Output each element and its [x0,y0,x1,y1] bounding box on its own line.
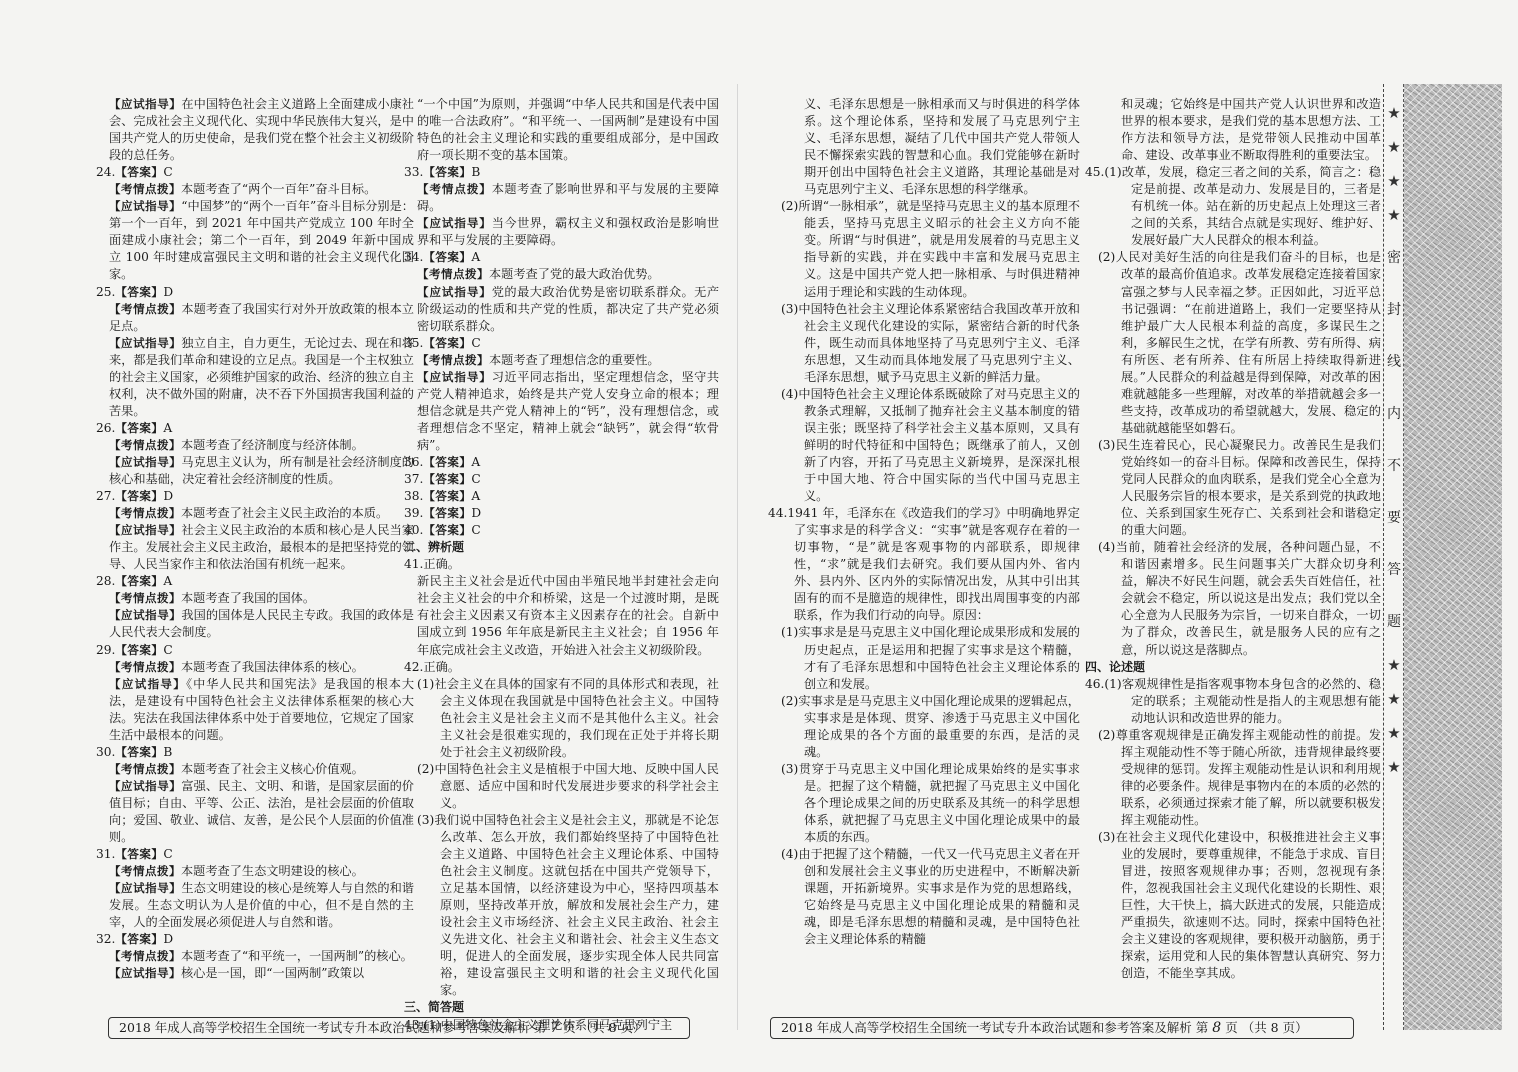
question-number: 40. [404,523,423,537]
explanation-tag: 【应试指导】 [109,966,181,980]
question-number: 44. [768,506,787,520]
explanation-text: 本题考查了社会主义民主政治的本质。 [181,506,388,520]
answer-line: 32.【答案】D [96,931,414,948]
explanation-paragraph: 【考情点拨】本题考查了影响世界和平与发展的主要障碍。 [404,181,719,215]
answer-tag: 【答案】 [423,472,471,486]
continued-paragraph: 新民主主义社会是近代中国由半殖民地半封建社会走向社会主义社会的中介和桥梁，这是一… [404,573,719,658]
point-text: 客观规律性是指客观事物本身包含的必然的、稳定的联系；主观能动性是指人的主观思想有… [1122,677,1381,725]
paragraph-text: 和灵魂；它始终是中国共产党人认识世界和改造世界的根本要求，是我们党的基本思想方法… [1121,97,1381,162]
answer-value: C [163,847,172,861]
explanation-paragraph: 【应试指导】“中国梦”的“两个一百年”奋斗目标分别是：第一个一百年，到 2021… [96,198,414,283]
footer-page-number: 8 [1212,1020,1221,1036]
answer-text: 1941 年，毛泽东在《改造我们的学习》中明确地界定了实事求是的科学含义：“实事… [787,506,1080,622]
answer-line: 26.【答案】A [96,420,414,437]
section-title: 三、简答题 [404,1000,464,1014]
continued-paragraph: 义、毛泽东思想是一脉相承而又与时俱进的科学体系。这个理论体系，坚持和发展了马克思… [768,96,1080,198]
explanation-tag: 【考情点拨】 [109,949,181,963]
explanation-text: 本题考查了“两个一百年”奋斗目标。 [181,182,376,196]
answer-tag: 【答案】 [115,421,163,435]
explanation-paragraph: 【考情点拨】本题考查了我国实行对外开放政策的根本立足点。 [96,301,414,335]
star-icon: ★ [1387,648,1400,682]
explanation-tag: 【考情点拨】 [109,591,181,605]
explanation-paragraph: 【应试指导】社会主义民主政治的本质和核心是人民当家作主。发展社会主义民主政治，最… [96,522,414,573]
answer-line: 37.【答案】C [404,471,719,488]
explanation-tag: 【应试指导】 [417,370,492,384]
footer-total-pages: （共 8 页） [580,1020,646,1035]
question-answer: 41.正确。 [404,556,719,573]
question-number: 35. [404,336,423,350]
answer-line: 24.【答案】C [96,164,414,181]
explanation-tag: 【应试指导】 [109,336,181,350]
paragraph-text: 新民主主义社会是近代中国由半殖民地半封建社会走向社会主义社会的中介和桥梁，这是一… [417,574,719,656]
star-icon: ★ [1387,750,1400,784]
explanation-paragraph: 【应试指导】当今世界，霸权主义和强权政治是影响世界和平与发展的主要障碍。 [404,215,719,249]
page7-column-1: 【应试指导】在中国特色社会主义道路上全面建成小康社会、完成社会主义现代化、实现中… [96,96,414,982]
page8-footer: 2018 年成人高等学校招生全国统一考试专升本政治试题和参考答案及解析 第 8 … [770,1017,1354,1039]
explanation-tag: 【应试指导】 [417,216,492,230]
explanation-text: 本题考查了“和平统一，一国两制”的核心。 [181,949,413,963]
footer-page-suffix: 页 [563,1020,576,1035]
explanation-paragraph: 【考情点拨】本题考查了我国法律体系的核心。 [96,659,414,676]
explanation-tag: 【应试指导】 [417,285,492,299]
point-text: 贯穿于马克思主义中国化理论成果始终的是实事求是。把握了这个精髓，就把握了马克思主… [798,762,1080,844]
explanation-text: 核心是一国，即“一国两制”政策以 [181,966,364,980]
question-number: 46.(1) [1085,677,1122,691]
star-icon: ★ [1387,682,1400,716]
answer-point: (3)中国特色社会主义理论体系紧密结合我国改革开放和社会主义现代化建设的实际，紧… [768,301,1080,386]
explanation-tag: 【考情点拨】 [109,438,181,452]
answer-line: 35.【答案】C [404,335,719,352]
answer-value: B [471,165,480,179]
footer-title: 2018 年成人高等学校招生全国统一考试专升本政治试题和参考答案及解析 [119,1020,530,1035]
answer-tag: 【答案】 [115,847,163,861]
point-text: 人民对美好生活的向往是我们奋斗的目标，也是改革的最高价值追求。改革发展稳定连接着… [1115,250,1381,434]
page7-footer: 2018 年成人高等学校招生全国统一考试专升本政治试题和参考答案及解析 第 7 … [108,1017,690,1039]
point-text: 民生连着民心，民心凝聚民力。改善民生是我们党始终如一的奋斗目标。保障和改善民生，… [1115,438,1381,537]
star-icon: ★ [1387,130,1400,164]
answer-line: 39.【答案】D [404,505,719,522]
point-text: 由于把握了这个精髓，一代又一代马克思主义者在开创和发展社会主义事业的历史进程中，… [798,847,1080,946]
seal-warning-strip: ★ ★ ★ ★ 密 封 线 内 不 要 答 题 ★ ★ ★ ★ [1385,96,1403,784]
explanation-paragraph: 【应试指导】生态文明建设的核心是统筹人与自然的和谐发展。生态文明认为人是价值的中… [96,880,414,931]
question-number: 28. [96,574,115,588]
answer-text: 正确。 [423,557,460,571]
seal-char: 答 [1387,544,1401,596]
explanation-paragraph: 【考情点拨】本题考查了经济制度与经济体制。 [96,437,414,454]
section-title: 二、辨析题 [404,540,464,554]
point-text: 改革，发展，稳定三者之间的关系，简言之：稳定是前提、改革是动力、发展是目的，三者… [1122,165,1381,247]
page8-column-2: 和灵魂；它始终是中国共产党人认识世界和改造世界的根本要求，是我们党的基本思想方法… [1085,96,1381,982]
footer-page-suffix: 页 [1225,1020,1238,1035]
page8-column-1: 义、毛泽东思想是一脉相承而又与时俱进的科学体系。这个理论体系，坚持和发展了马克思… [768,96,1080,948]
point-text: 我们说中国特色社会主义是社会主义，那就是不论怎么改革、怎么开放，我们都始终坚持了… [434,813,719,997]
seal-char: 线 [1387,336,1401,388]
question-answer: 44.1941 年，毛泽东在《改造我们的学习》中明确地界定了实事求是的科学含义：… [768,505,1080,624]
star-icon: ★ [1387,164,1400,198]
seal-security-pattern [1404,84,1502,1030]
explanation-paragraph: 【应试指导】我国的国体是人民民主专政。我国的政体是人民代表大会制度。 [96,607,414,641]
explanation-tag: 【应试指导】 [109,608,181,622]
section-title: 四、论述题 [1085,660,1145,674]
explanation-paragraph: 【考情点拨】本题考查了我国的国体。 [96,590,414,607]
point-text: 社会主义在具体的国家有不同的具体形式和表现，社会主义体现在我国就是中国特色社会主… [434,677,719,759]
answer-value: D [471,506,481,520]
star-icon: ★ [1387,96,1400,130]
point-text: 中国特色社会主义理论体系紧密结合我国改革开放和社会主义现代化建设的实际，紧密结合… [798,302,1080,384]
point-number: (2) [781,694,798,708]
explanation-tag: 【应试指导】 [109,677,186,691]
explanation-text: 本题考查了理想信念的重要性。 [489,353,660,367]
answer-tag: 【答案】 [115,574,163,588]
answer-tag: 【答案】 [115,285,163,299]
question-answer-point: 46.(1)客观规律性是指客观事物本身包含的必然的、稳定的联系；主观能动性是指人… [1085,676,1381,727]
question-number: 24. [96,165,115,179]
answer-value: D [163,285,173,299]
answer-line: 38.【答案】A [404,488,719,505]
explanation-paragraph: 【应试指导】习近平同志指出，坚定理想信念，坚守共产党人精神追求，始终是共产党人安… [404,369,719,454]
answer-tag: 【答案】 [423,489,471,503]
question-answer: 42.正确。 [404,659,719,676]
question-number: 39. [404,506,423,520]
answer-point: (3)在社会主义现代化建设中，积极推进社会主义事业的发展时，要尊重规律，不能急于… [1085,829,1381,982]
point-text: 所谓“一脉相承”，就是坚持马克思主义的基本原理不能丢，坚持马克思主义昭示的社会主… [798,199,1080,298]
point-text: 中国特色社会主义是植根于中国大地、反映中国人民意愿、适应中国和时代发展进步要求的… [434,762,719,810]
answer-point: (2)人民对美好生活的向往是我们奋斗的目标，也是改革的最高价值追求。改革发展稳定… [1085,249,1381,437]
answer-point: (2)中国特色社会主义是植根于中国大地、反映中国人民意愿、适应中国和时代发展进步… [404,761,719,812]
answer-value: A [163,421,172,435]
explanation-paragraph: 【考情点拨】本题考查了“两个一百年”奋斗目标。 [96,181,414,198]
answer-value: A [471,455,480,469]
answer-tag: 【答案】 [423,455,471,469]
answer-value: C [471,523,480,537]
explanation-tag: 【应试指导】 [109,779,181,793]
page-gutter [737,84,738,1030]
explanation-tag: 【应试指导】 [109,455,181,469]
question-number: 45.(1) [1085,165,1122,179]
answer-tag: 【答案】 [115,165,163,179]
answer-tag: 【答案】 [423,336,471,350]
point-number: (2) [1098,728,1115,742]
explanation-paragraph: 【应试指导】独立自主，自力更生，无论过去、现在和将来，都是我们革命和建设的立足点… [96,335,414,420]
point-number: (1) [781,625,798,639]
explanation-text: 本题考查了生态文明建设的核心。 [181,864,364,878]
point-text: 实事求是是马克思主义中国化理论成果形成和发展的历史起点，正是运用和把握了实事求是… [798,625,1080,690]
continued-paragraph: 和灵魂；它始终是中国共产党人认识世界和改造世界的根本要求，是我们党的基本思想方法… [1085,96,1381,164]
answer-line: 36.【答案】A [404,454,719,471]
answer-value: A [163,574,172,588]
question-number: 37. [404,472,423,486]
question-number: 29. [96,643,115,657]
paragraph-text: “一个中国”为原则，并强调“中华人民共和国是代表中国的唯一合法政府”。“和平统一… [417,97,719,162]
point-number: (3) [781,762,798,776]
star-icon: ★ [1387,198,1400,232]
answer-tag: 【答案】 [115,745,163,759]
answer-point: (4)当前，随着社会经济的发展，各种问题凸显，不和谐因素增多。民生问题事关广大群… [1085,539,1381,658]
answer-line: 30.【答案】B [96,744,414,761]
point-number: (2) [781,199,798,213]
explanation-tag: 【考情点拨】 [109,660,181,674]
seal-char: 密 [1387,232,1401,284]
explanation-text: 本题考查了社会主义核心价值观。 [181,762,364,776]
question-number: 31. [96,847,115,861]
explanation-text: 本题考查了我国法律体系的核心。 [181,660,364,674]
answer-point: (1)实事求是是马克思主义中国化理论成果形成和发展的历史起点，正是运用和把握了实… [768,624,1080,692]
explanation-paragraph: 【应试指导】党的最大政治优势是密切联系群众。无产阶级运动的性质和共产党的性质，都… [404,284,719,335]
answer-value: C [163,643,172,657]
answer-point: (3)我们说中国特色社会主义是社会主义，那就是不论怎么改革、怎么开放，我们都始终… [404,812,719,1000]
answer-point: (4)中国特色社会主义理论体系既破除了对马克思主义的教条式理解，又抵制了抛弃社会… [768,386,1080,505]
answer-point: (4)由于把握了这个精髓，一代又一代马克思主义者在开创和发展社会主义事业的历史进… [768,846,1080,948]
answer-line: 33.【答案】B [404,164,719,181]
answer-point: (2)尊重客观规律是正确发挥主观能动性的前提。发挥主观能动性不等于随心所欲，违背… [1085,727,1381,829]
explanation-tag: 【考情点拨】 [417,353,489,367]
answer-line: 28.【答案】A [96,573,414,590]
answer-value: B [163,745,172,759]
star-icon: ★ [1387,716,1400,750]
question-number: 42. [404,660,423,674]
point-number: (3) [417,813,434,827]
section-heading: 二、辨析题 [404,539,719,556]
answer-value: D [163,489,173,503]
explanation-paragraph: 【考情点拨】本题考查了社会主义民主政治的本质。 [96,505,414,522]
answer-line: 34.【答案】A [404,249,719,266]
explanation-paragraph: 【应试指导】在中国特色社会主义道路上全面建成小康社会、完成社会主义现代化、实现中… [96,96,414,164]
explanation-tag: 【考情点拨】 [109,182,181,196]
question-number: 25. [96,285,115,299]
point-number: (2) [417,762,434,776]
page7-column-2: “一个中国”为原则，并强调“中华人民共和国是代表中国的唯一合法政府”。“和平统一… [404,96,719,1034]
point-number: (3) [781,302,798,316]
answer-tag: 【答案】 [115,643,163,657]
explanation-paragraph: 【应试指导】富强、民主、文明、和谐，是国家层面的价值目标；自由、平等、公正、法治… [96,778,414,846]
explanation-tag: 【考情点拨】 [417,267,489,281]
seal-char: 内 [1387,388,1401,440]
point-text: 实事求是是马克思主义中国化理论成果的逻辑起点，实事求是是体现、贯穿、渗透于马克思… [798,694,1080,759]
question-number: 26. [96,421,115,435]
footer-page-prefix: 第 [534,1020,547,1035]
point-text: 尊重客观规律是正确发挥主观能动性的前提。发挥主观能动性不等于随心所欲，违背规律最… [1115,728,1381,827]
explanation-paragraph: 【应试指导】核心是一国，即“一国两制”政策以 [96,965,414,982]
explanation-paragraph: 【考情点拨】本题考查了党的最大政治优势。 [404,266,719,283]
point-text: 在社会主义现代化建设中，积极推进社会主义事业的发展时，要尊重规律，不能急于求成、… [1115,830,1381,980]
section-heading: 三、简答题 [404,999,719,1016]
explanation-text: 本题考查了经济制度与经济体制。 [181,438,364,452]
section-heading: 四、论述题 [1085,659,1381,676]
explanation-tag: 【考情点拨】 [109,762,181,776]
point-number: (4) [781,847,798,861]
answer-point: (1)社会主义在具体的国家有不同的具体形式和表现，社会主义体现在我国就是中国特色… [404,676,719,761]
explanation-paragraph: 【应试指导】马克思主义认为，所有制是社会经济制度的核心和基础，决定着社会经济制度… [96,454,414,488]
explanation-tag: 【应试指导】 [109,199,181,213]
seal-char: 封 [1387,284,1401,336]
explanation-paragraph: 【考情点拨】本题考查了社会主义核心价值观。 [96,761,414,778]
question-number: 30. [96,745,115,759]
point-number: (4) [1098,540,1115,554]
explanation-tag: 【考情点拨】 [109,864,181,878]
question-number: 33. [404,165,423,179]
answer-value: C [163,165,172,179]
footer-page-number: 7 [550,1020,559,1036]
answer-tag: 【答案】 [115,932,163,946]
explanation-tag: 【应试指导】 [109,97,181,111]
explanation-text: 本题考查了我国的国体。 [181,591,315,605]
answer-line: 25.【答案】D [96,284,414,301]
answer-value: D [163,932,173,946]
answer-tag: 【答案】 [423,523,471,537]
explanation-paragraph: 【考情点拨】本题考查了“和平统一，一国两制”的核心。 [96,948,414,965]
answer-point: (2)所谓“一脉相承”，就是坚持马克思主义的基本原理不能丢，坚持马克思主义昭示的… [768,198,1080,300]
answer-text: 正确。 [423,660,460,674]
explanation-text: 本题考查了党的最大政治优势。 [489,267,660,281]
seal-char: 要 [1387,492,1401,544]
question-number: 38. [404,489,423,503]
question-number: 36. [404,455,423,469]
point-number: (3) [1098,830,1115,844]
explanation-tag: 【应试指导】 [109,523,181,537]
answer-point: (2)实事求是是马克思主义中国化理论成果的逻辑起点，实事求是是体现、贯穿、渗透于… [768,693,1080,761]
answer-value: A [471,250,480,264]
answer-value: C [471,472,480,486]
explanation-tag: 【考情点拨】 [109,302,181,316]
question-number: 41. [404,557,423,571]
explanation-paragraph: 【应试指导】《中华人民共和国宪法》是我国的根本大法，是建设有中国特色社会主义法律… [96,676,414,744]
answer-point: (3)贯穿于马克思主义中国化理论成果始终的是实事求是。把握了这个精髓，就把握了马… [768,761,1080,846]
seal-char: 不 [1387,440,1401,492]
explanation-paragraph: 【考情点拨】本题考查了理想信念的重要性。 [404,352,719,369]
explanation-tag: 【考情点拨】 [109,506,181,520]
answer-line: 27.【答案】D [96,488,414,505]
point-number: (4) [781,387,798,401]
explanation-tag: 【考情点拨】 [417,182,492,196]
point-text: 当前，随着社会经济的发展，各种问题凸显，不和谐因素增多。民生问题事关广大群众切身… [1115,540,1381,656]
explanation-tag: 【应试指导】 [109,881,181,895]
question-answer-point: 45.(1)改革，发展，稳定三者之间的关系，简言之：稳定是前提、改革是动力、发展… [1085,164,1381,249]
point-number: (3) [1098,438,1115,452]
answer-tag: 【答案】 [423,506,471,520]
answer-line: 40.【答案】C [404,522,719,539]
answer-tag: 【答案】 [115,489,163,503]
answer-line: 29.【答案】C [96,642,414,659]
answer-value: C [471,336,480,350]
question-number: 32. [96,932,115,946]
seal-char: 题 [1387,596,1401,648]
question-number: 27. [96,489,115,503]
paragraph-text: 义、毛泽东思想是一脉相承而又与时俱进的科学体系。这个理论体系，坚持和发展了马克思… [804,97,1080,196]
footer-page-prefix: 第 [1196,1020,1209,1035]
answer-point: (3)民生连着民心，民心凝聚民力。改善民生是我们党始终如一的奋斗目标。保障和改善… [1085,437,1381,539]
question-number: 34. [404,250,423,264]
answer-value: A [471,489,480,503]
answer-line: 31.【答案】C [96,846,414,863]
seal-line-dashed [1383,84,1384,1030]
footer-title: 2018 年成人高等学校招生全国统一考试专升本政治试题和参考答案及解析 [781,1020,1192,1035]
point-number: (1) [417,677,434,691]
footer-total-pages: （共 8 页） [1242,1020,1308,1035]
point-text: 中国特色社会主义理论体系既破除了对马克思主义的教条式理解，又抵制了抛弃社会主义基… [798,387,1080,503]
point-number: (2) [1098,250,1115,264]
answer-tag: 【答案】 [423,165,471,179]
explanation-paragraph: 【考情点拨】本题考查了生态文明建设的核心。 [96,863,414,880]
continued-paragraph: “一个中国”为原则，并强调“中华人民共和国是代表中国的唯一合法政府”。“和平统一… [404,96,719,164]
answer-tag: 【答案】 [423,250,471,264]
